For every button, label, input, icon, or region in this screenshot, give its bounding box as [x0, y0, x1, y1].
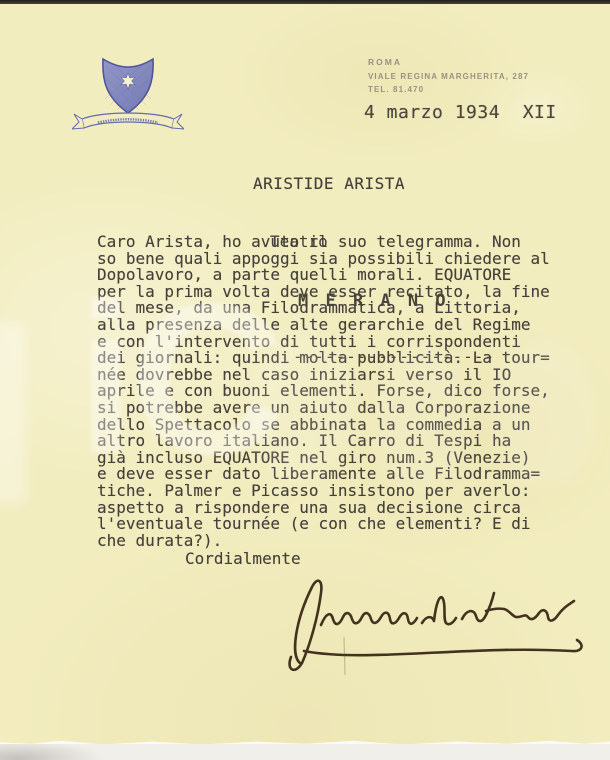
- motto-ribbon: [72, 113, 184, 129]
- photo-backdrop: ROMA VIALE REGINA MARGHERITA, 287 TEL. 8…: [0, 0, 610, 760]
- date-line: 4 marzo 1934 XII: [364, 102, 557, 123]
- recipient-name: ARISTIDE ARISTA: [253, 174, 495, 193]
- letter-body: Caro Arista, ho avuto il suo telegramma.…: [97, 234, 567, 549]
- closing-salutation: Cordialmente: [185, 549, 301, 568]
- letterhead-address: VIALE REGINA MARGHERITA, 287: [368, 70, 529, 84]
- photo-top-edge: [0, 0, 610, 4]
- letterhead-phone: TEL. 81.470: [368, 83, 529, 97]
- watermark-edge-glow: [0, 323, 26, 503]
- heraldic-shield-icon: [72, 52, 184, 140]
- body-line: tiche. Palmer e Picasso insistono per av…: [97, 483, 567, 500]
- photo-bottom-edge: [0, 744, 610, 760]
- letterhead-block: ROMA VIALE REGINA MARGHERITA, 287 TEL. 8…: [368, 56, 529, 97]
- letterhead-city: ROMA: [368, 56, 529, 70]
- signature-autograph: [276, 571, 598, 679]
- letter-paper: ROMA VIALE REGINA MARGHERITA, 287 TEL. 8…: [0, 3, 610, 746]
- body-line: che durata?).: [97, 533, 567, 550]
